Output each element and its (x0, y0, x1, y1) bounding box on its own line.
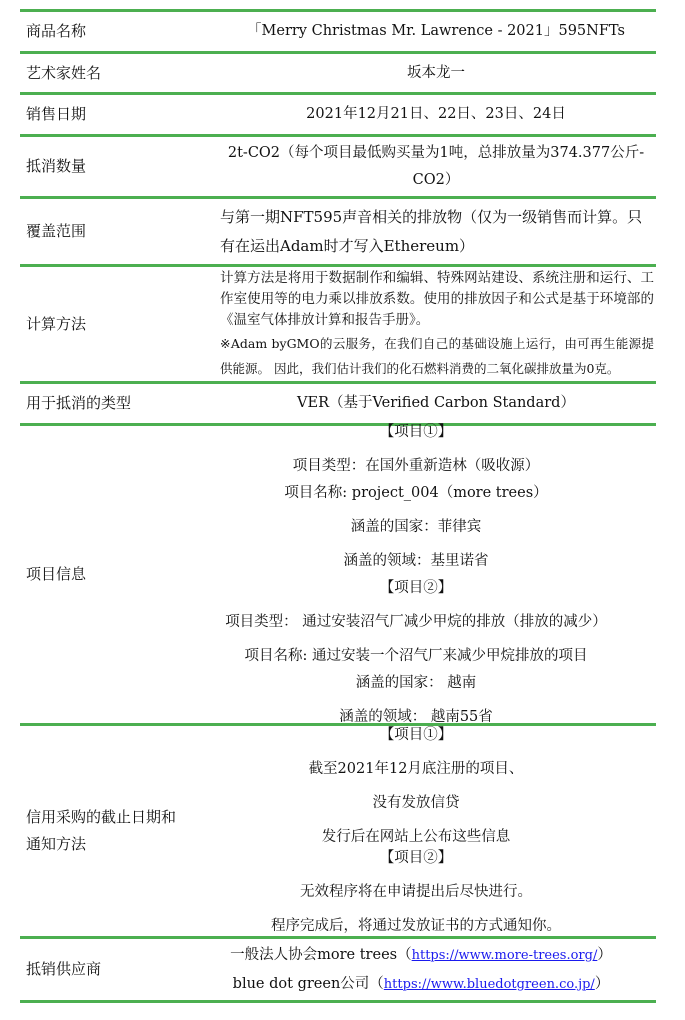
calc-note: ※Adam byGMO的云服务，在我们自己的基础设施上运行，由可再生能源提供能源… (220, 331, 654, 381)
calc-paragraph: 计算方法是将用于数据制作和编辑、特殊网站建设、系统注册和运行、工作室使用等的电力… (220, 268, 654, 331)
row-value: 计算方法是将用于数据制作和编辑、特殊网站建设、系统注册和运行、工作室使用等的电力… (216, 268, 656, 381)
value-line: 【项目②】 (216, 845, 616, 872)
value-line: 项目类型： 通过安装沼气厂减少甲烷的排放（排放的减少） (216, 609, 616, 636)
row-label: 销售日期 (20, 101, 216, 128)
supplier-name: 一般法人协会more trees (230, 947, 397, 963)
supplier-blue-dot-green: blue dot green公司（https://www.bluedotgree… (216, 970, 626, 999)
row-coverage: 覆盖范围 与第一期NFT595声音相关的排放物（仅为一级销售而计算。只 有在运出… (20, 196, 656, 264)
paren-close: ） (595, 976, 610, 992)
paren-close: ） (597, 947, 612, 963)
row-value: 「Merry Christmas Mr. Lawrence - 2021」595… (216, 21, 656, 42)
row-calculation-method: 计算方法 计算方法是将用于数据制作和编辑、特殊网站建设、系统注册和运行、工作室使… (20, 264, 656, 381)
value-line: 无效程序将在申请提出后尽快进行。 (216, 879, 616, 906)
row-label: 计算方法 (20, 311, 216, 338)
row-value: 2t-CO2（每个项目最低购买量为1吨，总排放量为374.377公斤- CO2） (216, 140, 656, 194)
row-sale-date: 销售日期 2021年12月21日、22日、23日、24日 (20, 92, 656, 134)
value-line: 没有发放信贷 (216, 790, 616, 817)
value-line: 涵盖的国家： 越南 (216, 670, 616, 697)
label-line: 通知方法 (26, 831, 216, 858)
row-label: 信用采购的截止日期和 通知方法 (20, 804, 216, 858)
value-line: 与第一期NFT595声音相关的排放物（仅为一级销售而计算。只 (220, 203, 654, 232)
value-line: 涵盖的国家：菲律宾 (216, 514, 616, 541)
row-value: VER（基于Verified Carbon Standard） (216, 393, 656, 414)
value-line: 程序完成后，将通过发放证书的方式通知你。 (216, 913, 616, 940)
row-value: 一般法人协会more trees（https://www.more-trees.… (216, 941, 656, 999)
paren-open: （ (369, 976, 384, 992)
row-offset-type: 用于抵消的类型 VER（基于Verified Carbon Standard） (20, 381, 656, 423)
value-line: 项目类型：在国外重新造林（吸收源） (216, 453, 616, 480)
value-line: 项目名称: project_004（more trees） (216, 480, 616, 507)
value-line: 【项目②】 (216, 575, 616, 602)
row-label: 抵消数量 (20, 153, 216, 180)
supplier-name: blue dot green公司 (233, 976, 370, 992)
value-line: 有在运出Adam时才写入Ethereum） (220, 232, 654, 261)
row-value: 2021年12月21日、22日、23日、24日 (216, 104, 656, 125)
value-line: 【项目①】 (216, 722, 616, 749)
row-label: 抵销供应商 (20, 956, 216, 983)
supplier-more-trees: 一般法人协会more trees（https://www.more-trees.… (216, 941, 626, 970)
value-line: 2t-CO2（每个项目最低购买量为1吨，总排放量为374.377公斤- (216, 140, 656, 167)
bluedotgreen-link[interactable]: https://www.bluedotgreen.co.jp/ (384, 977, 595, 992)
label-line: 信用采购的截止日期和 (26, 804, 216, 831)
row-offset-supplier: 抵销供应商 一般法人协会more trees（https://www.more-… (20, 936, 656, 1003)
product-info-table: 商品名称 「Merry Christmas Mr. Lawrence - 202… (20, 9, 656, 1003)
row-value: 【项目①】 项目类型：在国外重新造林（吸收源） 项目名称: project_00… (216, 419, 656, 731)
row-value: 【项目①】 截至2021年12月底注册的项目、 没有发放信贷 发行后在网站上公布… (216, 722, 656, 940)
row-artist-name: 艺术家姓名 坂本龙一 (20, 51, 656, 92)
value-line: 项目名称: 通过安装一个沼气厂来减少甲烷排放的项目 (216, 643, 616, 670)
row-offset-amount: 抵消数量 2t-CO2（每个项目最低购买量为1吨，总排放量为374.377公斤-… (20, 134, 656, 196)
row-label: 商品名称 (20, 18, 216, 45)
value-line: 【项目①】 (216, 419, 616, 446)
more-trees-link[interactable]: https://www.more-trees.org/ (412, 948, 598, 963)
row-project-info: 项目信息 【项目①】 项目类型：在国外重新造林（吸收源） 项目名称: proje… (20, 423, 656, 723)
row-credit-deadline: 信用采购的截止日期和 通知方法 【项目①】 截至2021年12月底注册的项目、 … (20, 723, 656, 936)
value-line: CO2） (216, 167, 656, 194)
row-label: 项目信息 (20, 561, 216, 588)
row-label: 覆盖范围 (20, 218, 216, 245)
row-value: 坂本龙一 (216, 63, 656, 84)
paren-open: （ (397, 947, 412, 963)
value-line: 涵盖的领域：基里诺省 (216, 548, 616, 575)
row-label: 艺术家姓名 (20, 60, 216, 87)
row-product-name: 商品名称 「Merry Christmas Mr. Lawrence - 202… (20, 9, 656, 51)
value-line: 截至2021年12月底注册的项目、 (216, 756, 616, 783)
row-value: 与第一期NFT595声音相关的排放物（仅为一级销售而计算。只 有在运出Adam时… (216, 203, 656, 261)
row-label: 用于抵消的类型 (20, 390, 216, 417)
